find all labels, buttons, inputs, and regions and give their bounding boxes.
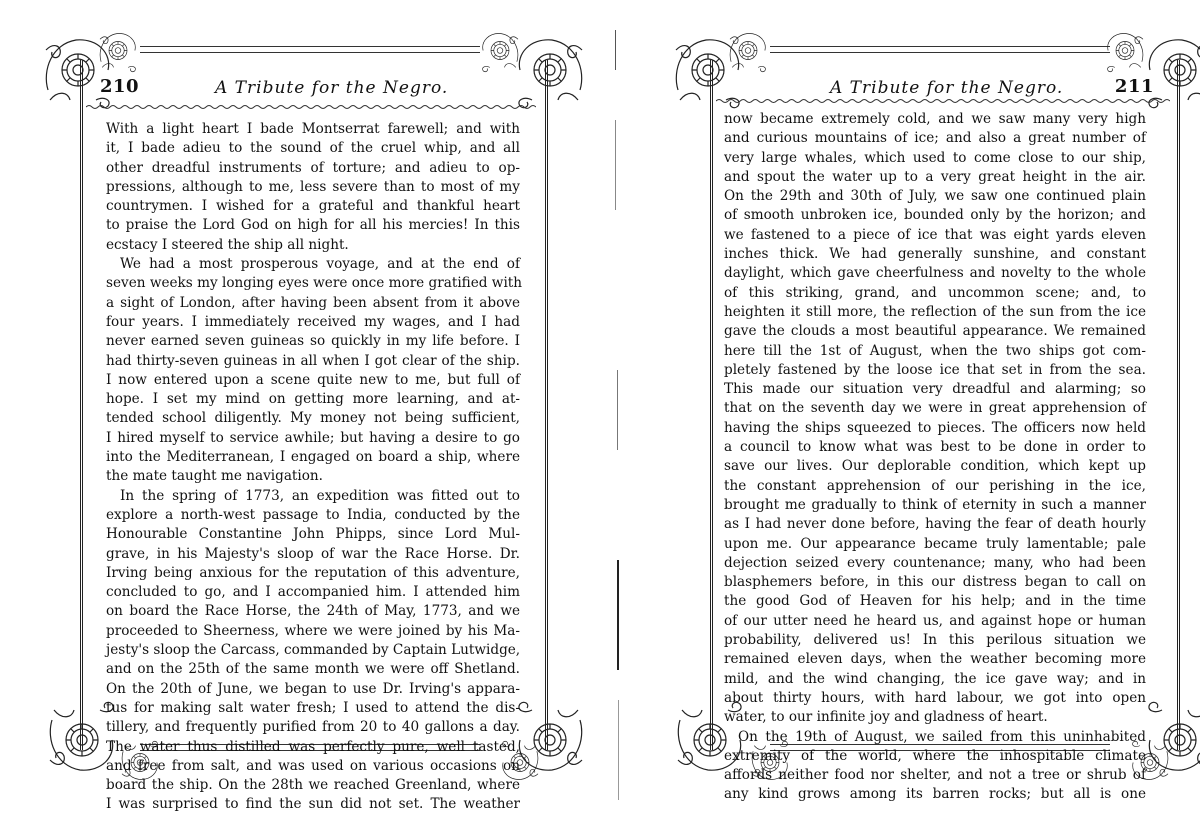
- corner-scroll-icon: [88, 28, 148, 73]
- text-line: blasphemers before, in this our distress…: [724, 573, 1146, 592]
- text-line: pletely fastened by the loose ice that s…: [724, 361, 1146, 380]
- text-line: explore a north-west passage to India, c…: [106, 506, 520, 525]
- corner-ornament-icon: [1140, 700, 1200, 780]
- text-line: Irving being anxious for the reputation …: [106, 564, 520, 583]
- text-line: now became extremely cold, and we saw ma…: [724, 110, 1146, 129]
- text-line: board the ship. On the 28th we reached G…: [106, 776, 520, 795]
- text-line: and curious mountains of ice; and also a…: [724, 129, 1146, 148]
- corner-scroll-icon: [718, 28, 778, 73]
- text-line: we fastened to a piece of ice that was e…: [724, 226, 1146, 245]
- text-line: on board the Race Horse, the 24th of May…: [106, 602, 520, 621]
- text-line: brought me gradually to think of eternit…: [724, 496, 1146, 515]
- text-line: into the Mediterranean, I engaged on boa…: [106, 448, 520, 467]
- text-line: I now entered upon a scene quite new to …: [106, 371, 520, 390]
- text-line: four years. I immediately received my wa…: [106, 313, 520, 332]
- text-line: jesty's sloop the Carcass, commanded by …: [106, 641, 520, 660]
- text-line: that on the seventh day we were in great…: [724, 399, 1146, 418]
- text-line: having the ships squeezed to pieces. The…: [724, 419, 1146, 438]
- running-head: 210 A Tribute for the Negro.: [100, 76, 520, 102]
- right-page: A Tribute for the Negro. 211 now became …: [600, 0, 1200, 816]
- text-line: the good God of Heaven for his help; and…: [724, 592, 1146, 611]
- text-line: of smooth unbroken ice, bounded only by …: [724, 206, 1146, 225]
- text-line: In the spring of 1773, an expedition was…: [106, 487, 520, 506]
- text-line: to praise the Lord God on high for all h…: [106, 216, 520, 235]
- text-line: inches thick. We had generally sunshine,…: [724, 245, 1146, 264]
- text-line: and spout the water up to a very great h…: [724, 168, 1146, 187]
- text-line: mild, and the wind changing, the ice gav…: [724, 670, 1146, 689]
- text-line: On the 19th of August, we sailed from th…: [724, 728, 1146, 747]
- text-line: This made our situation very dreadful an…: [724, 380, 1146, 399]
- page-number: 211: [1115, 76, 1154, 97]
- text-line: countrymen. I wished for a grateful and …: [106, 197, 520, 216]
- text-line: water, to our infinite joy and gladness …: [724, 708, 1146, 727]
- text-line: and free from salt, and was used on vari…: [106, 757, 520, 776]
- text-line: proceeded to Sheerness, where we were jo…: [106, 622, 520, 641]
- text-line: very large whales, which used to come cl…: [724, 149, 1146, 168]
- text-line: it, I bade adieu to the sound of the cru…: [106, 139, 520, 158]
- text-line: grave, in his Majesty's sloop of war the…: [106, 545, 520, 564]
- page-number: 210: [100, 76, 139, 97]
- running-title: A Tribute for the Negro.: [830, 78, 1063, 98]
- text-line: gave the clouds a most beautiful appeara…: [724, 322, 1146, 341]
- corner-ornament-icon: [510, 700, 590, 780]
- text-line: had thirty-seven guineas in all when I g…: [106, 352, 520, 371]
- text-line: heighten it still more, the reflection o…: [724, 303, 1146, 322]
- wavy-rule: [86, 104, 536, 110]
- text-line: here till the 1st of August, when the tw…: [724, 342, 1146, 361]
- text-line: dejection seized every countenance; many…: [724, 554, 1146, 573]
- text-line: On the 29th and 30th of July, we saw one…: [724, 187, 1146, 206]
- text-line: Honourable Constantine John Phipps, sinc…: [106, 525, 520, 544]
- text-line: tillery, and frequently purified from 20…: [106, 718, 520, 737]
- text-line: The water thus distilled was perfectly p…: [106, 738, 520, 757]
- text-line: probability, delivered us! In this peril…: [724, 631, 1146, 650]
- text-line: save our lives. Our deplorable condition…: [724, 457, 1146, 476]
- text-line: of this striking, grand, and uncommon sc…: [724, 284, 1146, 303]
- text-line: tus for making salt water fresh; I used …: [106, 699, 520, 718]
- text-line: extremity of the world, where the inhosp…: [724, 747, 1146, 766]
- text-line: as I had never done before, having the f…: [724, 515, 1146, 534]
- text-line: any kind grows among its barren rocks; b…: [724, 785, 1146, 804]
- top-border-bar: [140, 46, 480, 53]
- text-line: other dreadful instruments of torture; a…: [106, 159, 520, 178]
- text-line: I was surprised to find the sun did not …: [106, 795, 520, 814]
- text-line: daylight, which gave cheerfulness and no…: [724, 264, 1146, 283]
- text-line: hope. I set my mind on getting more lear…: [106, 390, 520, 409]
- text-line: and on the 25th of the same month we wer…: [106, 660, 520, 679]
- text-line: a council to know what was best to be do…: [724, 438, 1146, 457]
- text-line: ecstacy I steered the ship all night.: [106, 236, 520, 255]
- text-line: seven weeks my longing eyes were once mo…: [106, 274, 520, 293]
- wavy-rule: [716, 98, 1170, 104]
- text-line: affords neither food nor shelter, and no…: [724, 766, 1146, 785]
- text-line: pressions, although to me, less severe t…: [106, 178, 520, 197]
- text-line: With a light heart I bade Montserrat far…: [106, 120, 520, 139]
- left-page: 210 A Tribute for the Negro. With a ligh…: [0, 0, 600, 816]
- text-line: of our utter need he heard us, and again…: [724, 612, 1146, 631]
- text-line: never earned seven guineas so quickly in…: [106, 332, 520, 351]
- running-title: A Tribute for the Negro.: [215, 78, 448, 98]
- text-line: I hired myself to service awhile; but ha…: [106, 429, 520, 448]
- body-text: With a light heart I bade Montserrat far…: [106, 120, 520, 815]
- text-line: a sight of London, after having been abs…: [106, 294, 520, 313]
- corner-ornament-icon: [510, 30, 590, 110]
- text-line: On the 20th of June, we began to use Dr.…: [106, 680, 520, 699]
- text-line: concluded to go, and I accompanied him. …: [106, 583, 520, 602]
- top-border-bar: [770, 46, 1110, 53]
- text-line: tended school diligently. My money not b…: [106, 409, 520, 428]
- text-line: the mate taught me navigation.: [106, 467, 520, 486]
- text-line: about thirty hours, with hard labour, we…: [724, 689, 1146, 708]
- body-text: now became extremely cold, and we saw ma…: [724, 110, 1146, 805]
- text-line: We had a most prosperous voyage, and at …: [106, 255, 520, 274]
- text-line: remained eleven days, when the weather b…: [724, 650, 1146, 669]
- text-line: upon me. Our appearance became truly lam…: [724, 535, 1146, 554]
- text-line: the constant apprehension of our perishi…: [724, 477, 1146, 496]
